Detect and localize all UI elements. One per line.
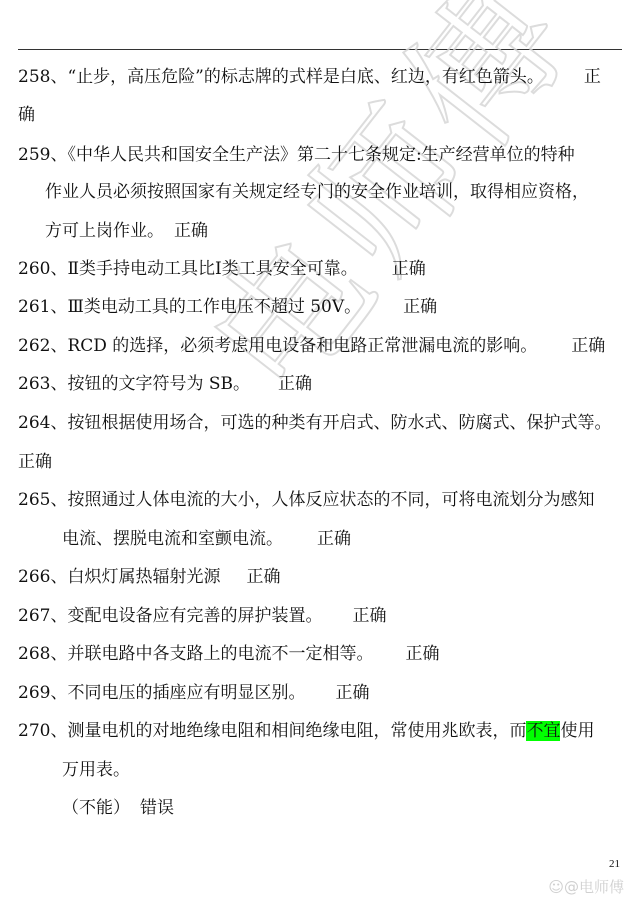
question-259-line-1: 259、《中华人民共和国安全生产法》第二十七条规定:生产经营单位的特种 — [18, 145, 575, 165]
brand-watermark: ☺@电师傅 — [548, 876, 624, 897]
question-259-line-2: 作业人员必须按照国家有关规定经专门的安全作业培训，取得相应资格， — [45, 182, 589, 202]
question-263-text: 263、按钮的文字符号为 SB。 — [18, 374, 250, 394]
question-261-answer: 正确 — [403, 297, 437, 317]
question-269: 269、不同电压的插座应有明显区别。正确 — [18, 683, 369, 703]
question-266-text: 266、白炽灯属热辐射光源 — [18, 567, 220, 587]
question-258-line-2: 确 — [18, 105, 35, 125]
question-265-line-1: 265、按照通过人体电流的大小，人体反应状态的不同，可将电流划分为感知 — [18, 490, 594, 510]
question-264-line-2: 正确 — [18, 452, 52, 472]
question-266-answer: 正确 — [246, 567, 280, 587]
question-259-text-3: 方可上岗作业。 — [45, 221, 164, 241]
question-270-correction: （不能） — [62, 798, 130, 818]
page-number: 21 — [609, 858, 620, 870]
question-265-text-1: 265、按照通过人体电流的大小，人体反应状态的不同，可将电流划分为感知 — [18, 490, 594, 510]
question-262-answer: 正确 — [571, 336, 605, 356]
question-262: 262、RCD 的选择，必须考虑用电设备和电路正常泄漏电流的影响。正确 — [18, 336, 605, 356]
question-265-answer: 正确 — [317, 529, 351, 549]
question-261: 261、Ⅲ类电动工具的工作电压不超过 50V。正确 — [18, 297, 437, 317]
question-270-answer: 错误 — [140, 798, 174, 818]
question-264-answer: 正确 — [18, 452, 52, 472]
question-260: 260、Ⅱ类手持电动工具比Ⅰ类工具安全可靠。正确 — [18, 259, 426, 279]
question-260-text: 260、Ⅱ类手持电动工具比Ⅰ类工具安全可靠。 — [18, 259, 358, 279]
question-258-answer-part2: 确 — [18, 105, 35, 125]
question-259-answer: 正确 — [174, 221, 208, 241]
question-258-line-1: 258、“止步，高压危险”的标志牌的式样是白底、红边，有红色箭头。正 — [18, 67, 601, 87]
question-258-answer-part1: 正 — [584, 67, 601, 87]
question-268-answer: 正确 — [405, 644, 439, 664]
question-264-line-1: 264、按钮根据使用场合，可选的种类有开启式、防水式、防腐式、保护式等。 — [18, 413, 611, 433]
question-265-text-2: 电流、摆脱电流和室颤电流。 — [62, 529, 283, 549]
question-258-text: 258、“止步，高压危险”的标志牌的式样是白底、红边，有红色箭头。 — [18, 67, 544, 87]
question-264-text: 264、按钮根据使用场合，可选的种类有开启式、防水式、防腐式、保护式等。 — [18, 413, 611, 433]
question-259-line-3: 方可上岗作业。正确 — [45, 221, 208, 241]
watermark-text: 电师傅 — [150, 0, 612, 433]
question-262-text: 262、RCD 的选择，必须考虑用电设备和电路正常泄漏电流的影响。 — [18, 336, 537, 356]
question-265-line-2: 电流、摆脱电流和室颤电流。正确 — [62, 529, 351, 549]
question-270-text-before: 270、测量电机的对地绝缘电阻和相间绝缘电阻，常使用兆欧表，而 — [18, 721, 526, 741]
question-261-text: 261、Ⅲ类电动工具的工作电压不超过 50V。 — [18, 297, 361, 317]
question-259-text-2: 作业人员必须按照国家有关规定经专门的安全作业培训，取得相应资格， — [45, 182, 589, 202]
question-269-text: 269、不同电压的插座应有明显区别。 — [18, 683, 305, 703]
question-270-text-after: 使用 — [560, 721, 594, 741]
question-263: 263、按钮的文字符号为 SB。正确 — [18, 374, 312, 394]
question-259-text-1: 259、《中华人民共和国安全生产法》第二十七条规定:生产经营单位的特种 — [18, 145, 575, 165]
question-270-line-3: （不能）错误 — [62, 798, 174, 818]
question-270-line-1: 270、测量电机的对地绝缘电阻和相间绝缘电阻，常使用兆欧表，而不宜使用 — [18, 721, 594, 741]
question-267-answer: 正确 — [352, 606, 386, 626]
question-270-line-2: 万用表。 — [62, 760, 130, 780]
question-267: 267、变配电设备应有完善的屏护装置。正确 — [18, 606, 386, 626]
header-rule — [18, 49, 622, 50]
question-268-text: 268、并联电路中各支路上的电流不一定相等。 — [18, 644, 373, 664]
question-269-answer: 正确 — [335, 683, 369, 703]
question-263-answer: 正确 — [278, 374, 312, 394]
question-270-text-2: 万用表。 — [62, 760, 130, 780]
question-267-text: 267、变配电设备应有完善的屏护装置。 — [18, 606, 322, 626]
question-260-answer: 正确 — [392, 259, 426, 279]
highlighted-text: 不宜 — [526, 721, 560, 741]
question-266: 266、白炽灯属热辐射光源正确 — [18, 567, 280, 587]
question-268: 268、并联电路中各支路上的电流不一定相等。正确 — [18, 644, 439, 664]
